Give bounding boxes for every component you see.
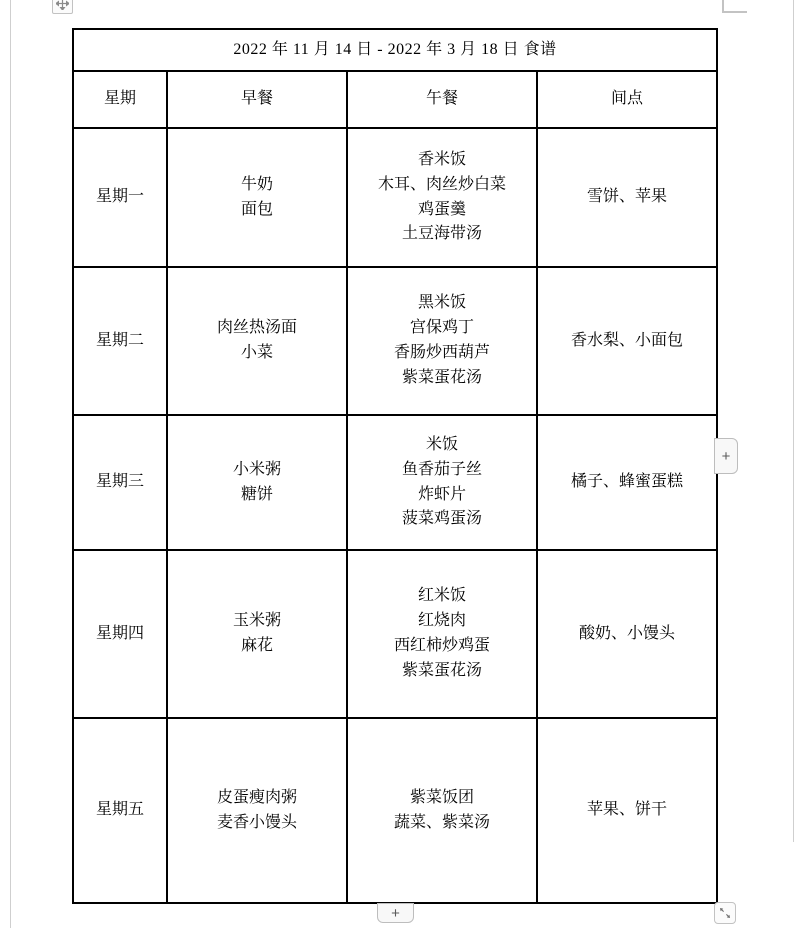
breakfast-cell[interactable]: 牛奶 面包	[167, 128, 347, 267]
table-row-monday: 星期一 牛奶 面包 香米饭 木耳、肉丝炒白菜 鸡蛋羹 土豆海带汤 雪饼、苹果	[73, 128, 717, 267]
snack-cell[interactable]: 苹果、饼干	[537, 718, 717, 903]
page-right-edge-line	[793, 0, 794, 842]
add-column-button[interactable]: +	[714, 438, 738, 474]
table-row-tuesday: 星期二 肉丝热汤面 小菜 黑米饭 宫保鸡丁 香肠炒西葫芦 紫菜蛋花汤 香水梨、小…	[73, 267, 717, 415]
header-day[interactable]: 星期	[73, 71, 167, 128]
snack-cell[interactable]: 橘子、蜂蜜蛋糕	[537, 415, 717, 550]
document-page: 2022 年 11 月 14 日 - 2022 年 3 月 18 日 食谱 星期…	[0, 0, 796, 933]
table-move-handle[interactable]	[52, 0, 73, 14]
day-cell[interactable]: 星期四	[73, 550, 167, 718]
table-title-row: 2022 年 11 月 14 日 - 2022 年 3 月 18 日 食谱	[73, 29, 717, 71]
header-snack[interactable]: 间点	[537, 71, 717, 128]
text-boundary-mark-horizontal	[722, 11, 747, 13]
breakfast-cell[interactable]: 玉米粥 麻花	[167, 550, 347, 718]
move-icon	[56, 0, 69, 10]
lunch-cell[interactable]: 黑米饭 宫保鸡丁 香肠炒西葫芦 紫菜蛋花汤	[347, 267, 537, 415]
snack-cell[interactable]: 香水梨、小面包	[537, 267, 717, 415]
day-cell[interactable]: 星期三	[73, 415, 167, 550]
lunch-cell[interactable]: 香米饭 木耳、肉丝炒白菜 鸡蛋羹 土豆海带汤	[347, 128, 537, 267]
header-breakfast[interactable]: 早餐	[167, 71, 347, 128]
snack-cell[interactable]: 酸奶、小馒头	[537, 550, 717, 718]
resize-diagonal-icon	[719, 907, 731, 919]
lunch-cell[interactable]: 紫菜饭团 蔬菜、紫菜汤	[347, 718, 537, 903]
table-title[interactable]: 2022 年 11 月 14 日 - 2022 年 3 月 18 日 食谱	[73, 29, 717, 71]
breakfast-cell[interactable]: 皮蛋瘦肉粥 麦香小馒头	[167, 718, 347, 903]
table-row-thursday: 星期四 玉米粥 麻花 红米饭 红烧肉 西红柿炒鸡蛋 紫菜蛋花汤 酸奶、小馒头	[73, 550, 717, 718]
lunch-cell[interactable]: 红米饭 红烧肉 西红柿炒鸡蛋 紫菜蛋花汤	[347, 550, 537, 718]
breakfast-cell[interactable]: 小米粥 糖饼	[167, 415, 347, 550]
day-cell[interactable]: 星期一	[73, 128, 167, 267]
page-left-edge-line	[10, 0, 11, 928]
day-cell[interactable]: 星期二	[73, 267, 167, 415]
add-row-button[interactable]: +	[377, 903, 414, 923]
header-lunch[interactable]: 午餐	[347, 71, 537, 128]
breakfast-cell[interactable]: 肉丝热汤面 小菜	[167, 267, 347, 415]
table-resize-handle[interactable]	[714, 902, 736, 924]
table-row-friday: 星期五 皮蛋瘦肉粥 麦香小馒头 紫菜饭团 蔬菜、紫菜汤 苹果、饼干	[73, 718, 717, 903]
snack-cell[interactable]: 雪饼、苹果	[537, 128, 717, 267]
meal-schedule-table: 2022 年 11 月 14 日 - 2022 年 3 月 18 日 食谱 星期…	[72, 28, 718, 904]
day-cell[interactable]: 星期五	[73, 718, 167, 903]
lunch-cell[interactable]: 米饭 鱼香茄子丝 炸虾片 菠菜鸡蛋汤	[347, 415, 537, 550]
table-row-wednesday: 星期三 小米粥 糖饼 米饭 鱼香茄子丝 炸虾片 菠菜鸡蛋汤 橘子、蜂蜜蛋糕	[73, 415, 717, 550]
table-header-row: 星期 早餐 午餐 间点	[73, 71, 717, 128]
